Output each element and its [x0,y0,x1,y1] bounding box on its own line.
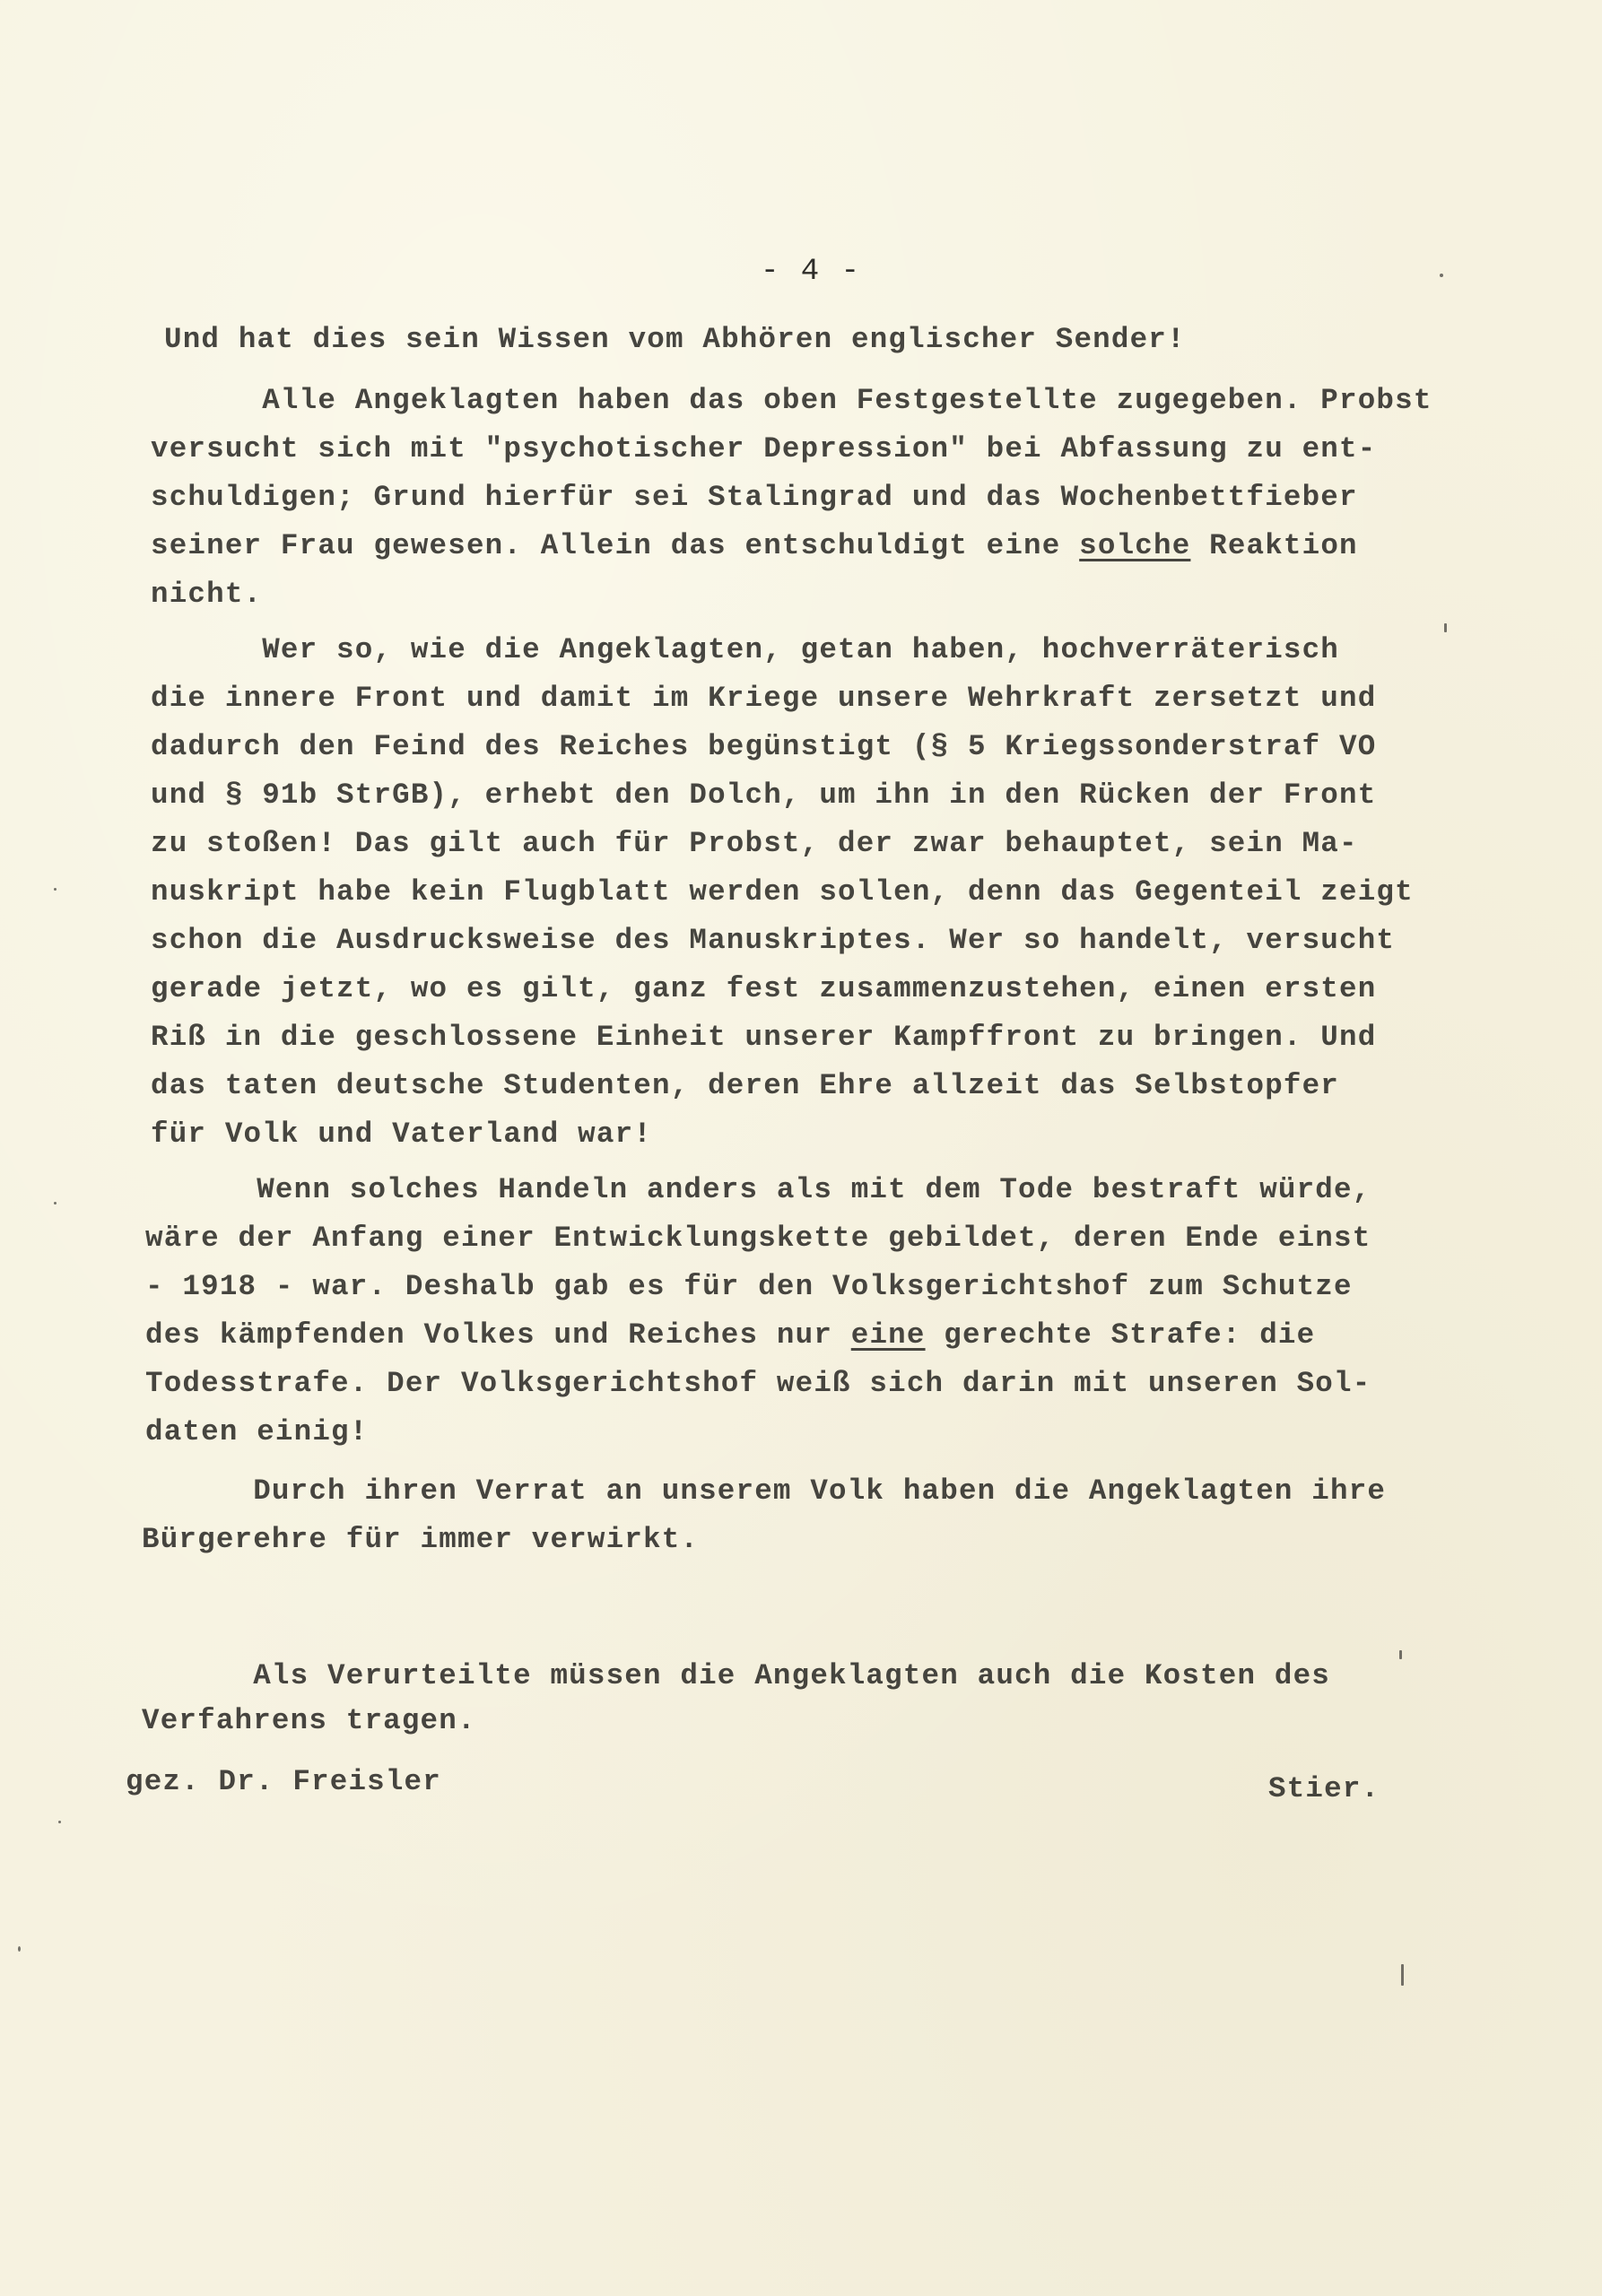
text-line: nuskript habe kein Flugblatt werden soll… [151,875,1414,909]
text-line: Bürgerehre für immer verwirkt. [142,1523,699,1556]
signature-right: Stier. [1268,1772,1380,1805]
text-line: Alle Angeklagten haben das oben Festgest… [151,384,1432,417]
ink-speck [54,888,57,891]
text-segment: des kämpfenden Volkes und Reiches nur [145,1318,851,1352]
ink-speck [54,1202,57,1205]
text-line: schuldigen; Grund hierfür sei Stalingrad… [151,481,1358,514]
text-line: daten einig! [145,1415,368,1448]
text-line: das taten deutsche Studenten, deren Ehre… [151,1069,1339,1102]
text-line: Durch ihren Verrat an unserem Volk haben… [142,1474,1386,1508]
text-segment: gerechte Strafe: die [926,1318,1316,1352]
text-line: zu stoßen! Das gilt auch für Probst, der… [151,827,1358,860]
text-segment: seiner Frau gewesen. Allein das entschul… [151,529,1079,562]
text-line: Verfahrens tragen. [142,1704,476,1737]
text-line: wäre der Anfang einer Entwicklungskette … [145,1222,1371,1255]
text-line: - 1918 - war. Deshalb gab es für den Vol… [145,1270,1353,1303]
text-line: Und hat dies sein Wissen vom Abhören eng… [164,323,1186,356]
document-page: - 4 - Und hat dies sein Wissen vom Abhör… [0,0,1602,2296]
text-line: schon die Ausdrucksweise des Manuskripte… [151,924,1395,957]
ink-speck [1401,1964,1404,1986]
text-line: die innere Front und damit im Kriege uns… [151,682,1376,715]
text-line: seiner Frau gewesen. Allein das entschul… [151,529,1358,562]
text-line: Als Verurteilte müssen die Angeklagten a… [142,1659,1330,1692]
text-line: Wer so, wie die Angeklagten, getan haben… [151,633,1339,666]
text-line: Riß in die geschlossene Einheit unserer … [151,1021,1376,1054]
page-number: - 4 - [761,255,861,289]
text-line: versucht sich mit "psychotischer Depress… [151,432,1376,465]
text-line: des kämpfenden Volkes und Reiches nur ei… [145,1318,1315,1352]
text-line: Wenn solches Handeln anders als mit dem … [145,1173,1371,1206]
ink-speck [58,1821,61,1823]
ink-speck [18,1946,21,1952]
text-line: nicht. [151,578,262,611]
text-line: dadurch den Feind des Reiches begünstigt… [151,730,1376,763]
underlined-word: solche [1079,529,1190,562]
text-line: für Volk und Vaterland war! [151,1118,652,1151]
text-line: Todesstrafe. Der Volksgerichtshof weiß s… [145,1367,1371,1400]
text-segment: Reaktion [1190,529,1357,562]
ink-speck [1399,1650,1402,1659]
underlined-word: eine [851,1318,926,1352]
ink-speck [1444,623,1447,632]
ink-speck [1440,274,1443,277]
text-line: und § 91b StrGB), erhebt den Dolch, um i… [151,778,1376,812]
text-line: gerade jetzt, wo es gilt, ganz fest zusa… [151,972,1376,1005]
signature-left: gez. Dr. Freisler [126,1765,441,1798]
